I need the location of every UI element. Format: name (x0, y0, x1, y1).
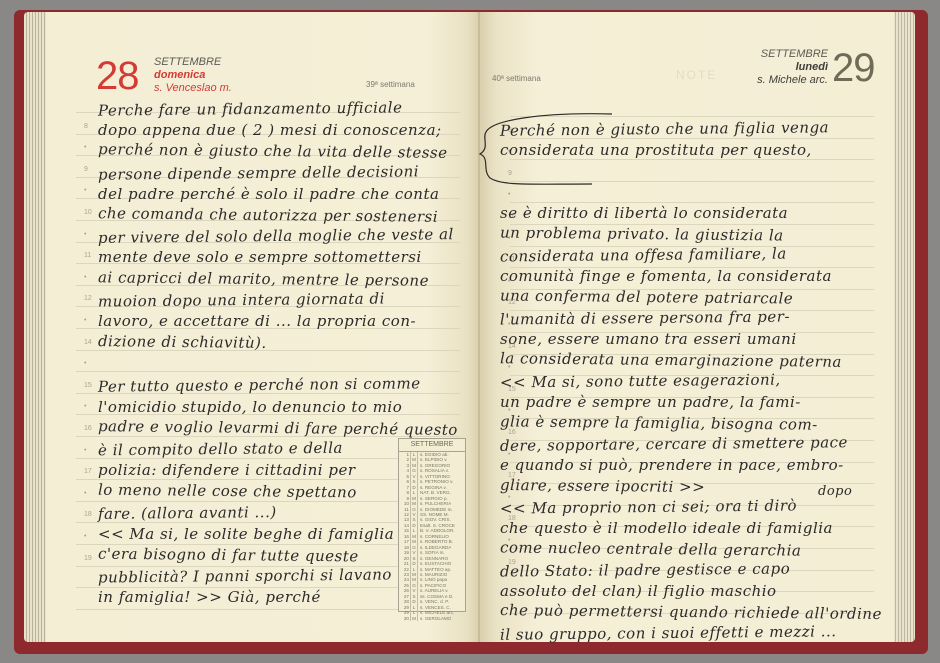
handwritten-line: comunità finge e fomenta, la considerata (500, 267, 832, 285)
page-edges-right (893, 12, 915, 642)
left-month: SETTEMBRE (154, 56, 232, 69)
right-weekday: lunedì (742, 61, 828, 74)
handwritten-line: persone dipende sempre delle decisioni (98, 162, 419, 183)
handwritten-line: fare. (allora avanti ...) (98, 503, 277, 523)
handwritten-line: dello Stato: il padre gestisce e capo (500, 559, 790, 580)
handwritten-line: lavoro, e accettare di ... la propria co… (98, 312, 416, 330)
handwritten-line: gliare, essere ipocriti >> (500, 476, 705, 496)
handwritten-line: c'era bisogno di far tutte queste (98, 545, 359, 566)
calendar-weekday: M (411, 616, 418, 621)
handwritten-line: una conferma del potere patriarcale (500, 286, 793, 307)
handwritten-line: polizia: difendere i cittadini per (98, 461, 356, 479)
mini-calendar-rows: 1Ls. EGIDIO ab.2Ms. ELPIDIO v.3Ms. GREGO… (399, 452, 465, 621)
handwritten-line: la considerata una emarginazione paterna (500, 349, 842, 371)
hour-mark: 10 (84, 209, 92, 216)
hour-mark: 19 (84, 555, 92, 562)
handwritten-line: glia è sempre la famiglia, bisogna com- (500, 412, 818, 433)
hour-mark: • (84, 231, 86, 238)
right-page: NOTE 40ª settimana SETTEMBRE lunedì s. M… (480, 12, 894, 642)
right-saint: s. Michele arc. (742, 74, 828, 87)
handwritten-line: lo meno nelle cose che spettano (98, 481, 357, 502)
handwritten-line: l'umanità di essere persona fra per- (500, 307, 790, 328)
left-week-label: 39ª settimana (366, 80, 415, 89)
right-month: SETTEMBRE (742, 48, 828, 61)
ghost-note-heading: NOTE (676, 68, 717, 82)
hour-mark: • (84, 490, 86, 497)
handwritten-line: il suo gruppo, con i suoi effetti e mezz… (500, 622, 837, 644)
handwritten-line: in famiglia! >> Già, perché (98, 588, 321, 606)
hour-mark: 11 (84, 252, 91, 259)
hour-mark: • (84, 533, 86, 540)
handwritten-line: << Ma si, le solite beghe di famiglia (98, 525, 394, 543)
right-margin-note: dopo (818, 484, 852, 499)
left-day-number: 28 (96, 56, 139, 96)
handwritten-line: per vivere del solo della moglie che ves… (98, 225, 454, 247)
handwritten-line: pubblicità? I panni sporchi si lavano (98, 566, 392, 587)
hour-mark: 14 (84, 339, 92, 346)
hour-mark: • (84, 144, 86, 151)
handwritten-line: un problema privato. la giustizia la (500, 224, 784, 245)
calendar-day-number: 30 (399, 616, 411, 621)
page-edges-left (24, 12, 48, 642)
ruled-line (76, 371, 460, 372)
left-date-header: SETTEMBRE domenica s. Venceslao m. (154, 56, 232, 95)
hour-mark: 15 (84, 382, 92, 389)
hour-mark: 17 (84, 468, 92, 475)
mini-calendar-title: SETTEMBRE (399, 439, 465, 452)
handwritten-line: come nucleo centrale della gerarchia (500, 538, 802, 559)
handwritten-line: è il compito dello stato e della (98, 439, 343, 460)
hour-mark: 12 (84, 295, 92, 302)
left-weekday: domenica (154, 69, 232, 82)
handwritten-line: perché non è giusto che la vita delle st… (98, 141, 448, 163)
handwritten-line: un padre è sempre un padre, la fami- (500, 393, 801, 411)
hour-mark: 18 (84, 511, 92, 518)
handwritten-line: se è diritto di libertà lo considerata (500, 204, 788, 222)
hour-mark: • (84, 403, 86, 410)
handwritten-line: dopo appena due ( 2 ) mesi di conoscenza… (98, 121, 442, 139)
handwritten-line: che può permettersi quando richiede all'… (500, 601, 882, 623)
handwritten-line: considerata una offesa familiare, la (500, 244, 787, 265)
handwritten-line: l'omicidio stupido, lo denuncio to mio (98, 398, 402, 416)
calendar-saint: s. GEROLAMO (418, 616, 451, 621)
handwritten-line: mente deve solo e sempre sottomettersi (98, 248, 422, 266)
bracket-mark-icon (472, 108, 622, 198)
handwritten-line: << Ma si, sono tutte esagerazioni, (500, 371, 781, 392)
hour-mark: • (84, 360, 86, 367)
hour-mark: 8 (84, 123, 88, 130)
mini-calendar: SETTEMBRE 1Ls. EGIDIO ab.2Ms. ELPIDIO v.… (398, 438, 466, 612)
hour-mark: • (84, 317, 86, 324)
hour-mark: 9 (84, 166, 88, 173)
handwritten-line: << Ma proprio non ci sei; ora ti dirò (500, 496, 797, 517)
hour-mark: • (84, 447, 86, 454)
right-date-header: SETTEMBRE lunedì s. Michele arc. (742, 48, 828, 87)
handwritten-line: dizione di schiavitù). (98, 332, 267, 352)
handwritten-line: dere, sopportare, cercare di smettere pa… (500, 433, 848, 455)
handwritten-line: del padre perché è solo il padre che con… (98, 185, 439, 203)
right-day-number: 29 (832, 48, 875, 88)
handwritten-line: padre e voglio levarmi di fare perché qu… (98, 417, 458, 439)
hour-mark: 16 (84, 425, 92, 432)
handwritten-line: muoion dopo una intera giornata di (98, 289, 385, 310)
handwritten-line: che comanda che autorizza per sostenersi (98, 204, 438, 226)
handwritten-line: sone, essere umano tra esseri umani (500, 330, 797, 348)
calendar-day-row: 30Ms. GEROLAMO (399, 616, 465, 621)
handwritten-line: Perche fare un fidanzamento ufficiale (98, 98, 403, 119)
right-week-label: 40ª settimana (492, 74, 541, 83)
left-saint: s. Venceslao m. (154, 82, 232, 95)
handwritten-line: assoluto del clan) il figlio maschio (500, 582, 777, 600)
hour-mark: • (84, 274, 86, 281)
handwritten-line: che questo è il modello ideale di famigl… (500, 519, 833, 537)
handwritten-line: ai capricci del marito, mentre le person… (98, 268, 429, 289)
hour-mark: • (84, 187, 86, 194)
handwritten-line: e quando si può, prendere in pace, embro… (500, 456, 844, 474)
